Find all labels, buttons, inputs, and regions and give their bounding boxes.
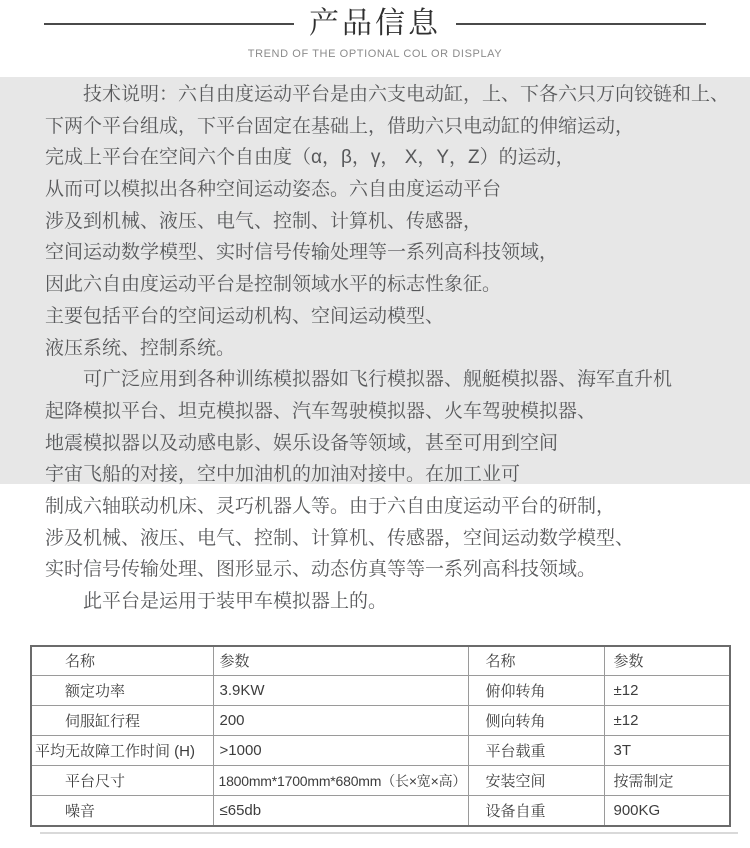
spec-row: 平均无故障工作时间 (H) >1000 平台载重 3T bbox=[31, 736, 730, 766]
description-line: 地震模拟器以及动感电影、娱乐设备等领域，甚至可用到空间 bbox=[0, 428, 750, 460]
description-line: 宇宙飞船的对接，空中加油机的加油对接中。在加工业可 bbox=[0, 459, 750, 491]
description-line: 从而可以模拟出各种空间运动姿态。六自由度运动平台 bbox=[0, 174, 750, 206]
section-header: 产品信息 TREND OF THE OPTIONAL COL OR DISPLA… bbox=[0, 0, 750, 60]
description-line: 技术说明：六自由度运动平台是由六支电动缸，上、下各六只万向铰链和上、 bbox=[0, 79, 750, 111]
spec-header-name-right: 名称 bbox=[468, 646, 604, 676]
spec-value-cell: 200 bbox=[213, 706, 468, 736]
spec-value-cell: >1000 bbox=[213, 736, 468, 766]
description-line: 可广泛应用到各种训练模拟器如飞行模拟器、舰艇模拟器、海军直升机 bbox=[0, 364, 750, 396]
description-line: 涉及到机械、液压、电气、控制、计算机、传感器， bbox=[0, 206, 750, 238]
spec-row: 平台尺寸 1800mm*1700mm*680mm（长×宽×高） 安装空间 按需制… bbox=[31, 766, 730, 796]
description-line: 涉及机械、液压、电气、控制、计算机、传感器，空间运动数学模型、 bbox=[0, 523, 750, 555]
spec-row: 噪音 ≤65db 设备自重 900KG bbox=[31, 796, 730, 826]
description-line: 制成六轴联动机床、灵巧机器人等。由于六自由度运动平台的研制， bbox=[0, 491, 750, 523]
spec-row: 额定功率 3.9KW 俯仰转角 ±12 bbox=[31, 676, 730, 706]
spec-value-cell: 3.9KW bbox=[213, 676, 468, 706]
title-row: 产品信息 bbox=[0, 6, 750, 42]
description-line: 液压系统、控制系统。 bbox=[0, 333, 750, 365]
spec-name-cell: 平台尺寸 bbox=[31, 766, 213, 796]
description-text: 技术说明：六自由度运动平台是由六支电动缸，上、下各六只万向铰链和上、 下两个平台… bbox=[0, 77, 750, 618]
description-line: 主要包括平台的空间运动机构、空间运动模型、 bbox=[0, 301, 750, 333]
spec-name-cell: 侧向转角 bbox=[468, 706, 604, 736]
spec-value-cell: ≤65db bbox=[213, 796, 468, 826]
spec-name-cell: 设备自重 bbox=[468, 796, 604, 826]
description-line: 起降模拟平台、坦克模拟器、汽车驾驶模拟器、火车驾驶模拟器、 bbox=[0, 396, 750, 428]
description-line: 完成上平台在空间六个自由度（α，β，γ， X，Y，Z）的运动， bbox=[0, 142, 750, 174]
page-subtitle: TREND OF THE OPTIONAL COL OR DISPLAY bbox=[0, 48, 750, 60]
spec-header-name-left: 名称 bbox=[31, 646, 213, 676]
spec-header-value-left: 参数 bbox=[213, 646, 468, 676]
spec-row: 伺服缸行程 200 侧向转角 ±12 bbox=[31, 706, 730, 736]
spec-name-cell: 安装空间 bbox=[468, 766, 604, 796]
spec-table: 名称 参数 名称 参数 额定功率 3.9KW 俯仰转角 ±12 伺服缸行程 20… bbox=[30, 645, 731, 827]
spec-value-cell: ±12 bbox=[604, 706, 730, 736]
description-line: 因此六自由度运动平台是控制领域水平的标志性象征。 bbox=[0, 269, 750, 301]
spec-name-cell: 平台载重 bbox=[468, 736, 604, 766]
spec-value-cell: 1800mm*1700mm*680mm（长×宽×高） bbox=[213, 766, 468, 796]
description-line: 空间运动数学模型、实时信号传输处理等一系列高科技领域， bbox=[0, 237, 750, 269]
description-section: 技术说明：六自由度运动平台是由六支电动缸，上、下各六只万向铰链和上、 下两个平台… bbox=[0, 77, 750, 618]
page-title: 产品信息 bbox=[309, 6, 441, 42]
title-divider-right bbox=[456, 23, 706, 25]
spec-value-cell: 按需制定 bbox=[604, 766, 730, 796]
spec-value-cell: 3T bbox=[604, 736, 730, 766]
spec-name-cell: 噪音 bbox=[31, 796, 213, 826]
spec-name-cell: 平均无故障工作时间 (H) bbox=[31, 736, 213, 766]
title-divider-left bbox=[44, 23, 294, 25]
spec-header-value-right: 参数 bbox=[604, 646, 730, 676]
spec-value-cell: 900KG bbox=[604, 796, 730, 826]
description-line: 下两个平台组成，下平台固定在基础上，借助六只电动缸的伸缩运动， bbox=[0, 111, 750, 143]
spec-name-cell: 俯仰转角 bbox=[468, 676, 604, 706]
description-line: 实时信号传输处理、图形显示、动态仿真等等一系列高科技领域。 bbox=[0, 554, 750, 586]
spec-name-cell: 伺服缸行程 bbox=[31, 706, 213, 736]
spec-value-cell: ±12 bbox=[604, 676, 730, 706]
spec-header-row: 名称 参数 名称 参数 bbox=[31, 646, 730, 676]
table-shadow-line bbox=[40, 832, 738, 834]
spec-table-section: 名称 参数 名称 参数 额定功率 3.9KW 俯仰转角 ±12 伺服缸行程 20… bbox=[30, 645, 729, 834]
description-line: 此平台是运用于装甲车模拟器上的。 bbox=[0, 586, 750, 618]
spec-name-cell: 额定功率 bbox=[31, 676, 213, 706]
